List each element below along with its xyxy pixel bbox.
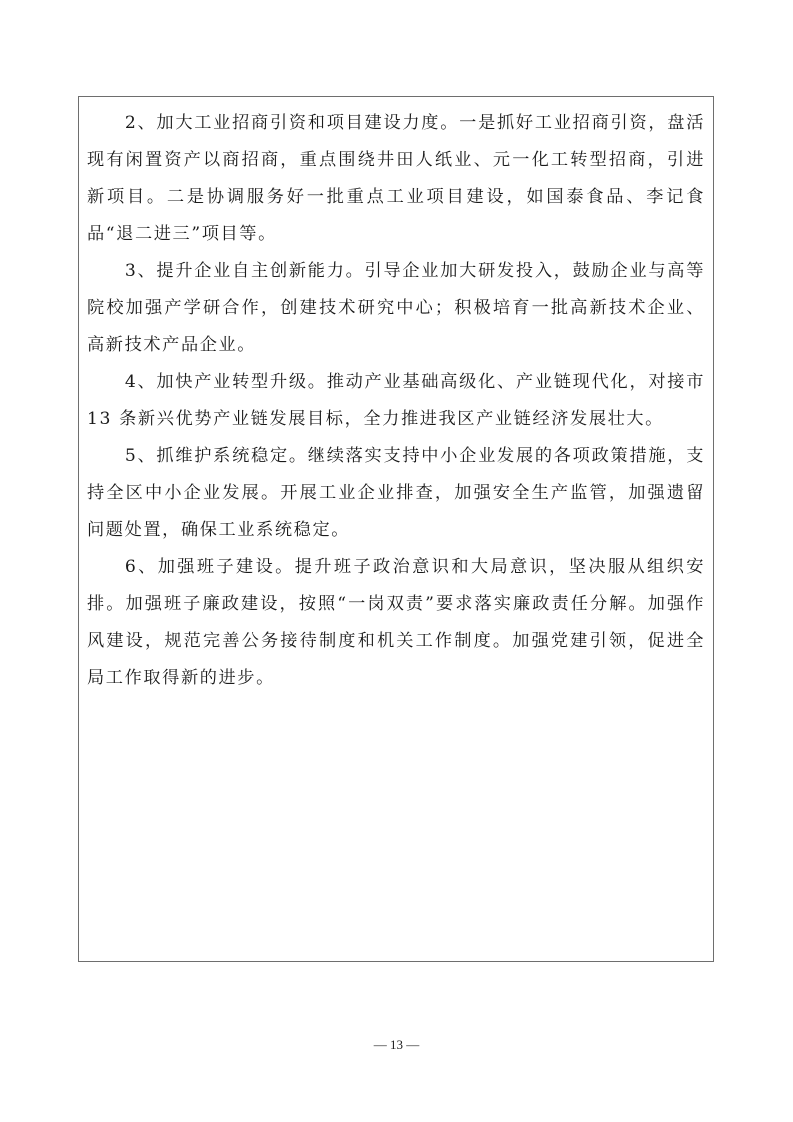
page-number: — 13 — [0,1037,793,1053]
paragraph-item-2: 2、加大工业招商引资和项目建设力度。一是抓好工业招商引资，盘活现有闲置资产以商招… [87,105,705,253]
paragraph-item-6: 6、加强班子建设。提升班子政治意识和大局意识，坚决服从组织安排。加强班子廉政建设… [87,549,705,697]
paragraph-item-5: 5、抓维护系统稳定。继续落实支持中小企业发展的各项政策措施，支持全区中小企业发展… [87,438,705,549]
paragraph-item-3: 3、提升企业自主创新能力。引导企业加大研发投入，鼓励企业与高等院校加强产学研合作… [87,253,705,364]
content-frame: 2、加大工业招商引资和项目建设力度。一是抓好工业招商引资，盘活现有闲置资产以商招… [78,96,714,962]
document-body: 2、加大工业招商引资和项目建设力度。一是抓好工业招商引资，盘活现有闲置资产以商招… [87,105,705,697]
paragraph-item-4: 4、加快产业转型升级。推动产业基础高级化、产业链现代化，对接市 13 条新兴优势… [87,364,705,438]
